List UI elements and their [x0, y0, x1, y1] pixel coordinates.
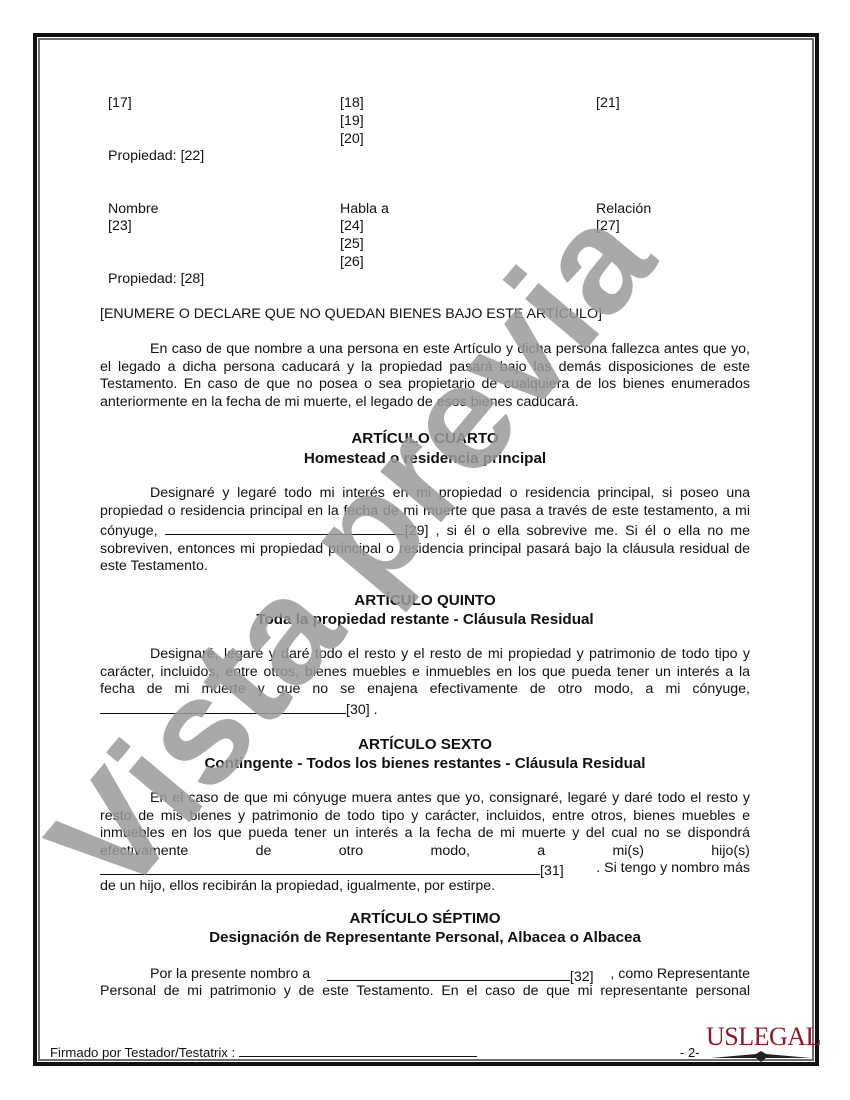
article-quinto-body: Designaré, legaré y daré todo el resto y…: [100, 646, 750, 719]
article-quinto-title: ARTÍCULO QUINTO: [100, 591, 750, 610]
article-cuarto-title: ARTÍCULO CUARTO: [100, 429, 750, 448]
field-21: [21]: [596, 95, 620, 111]
article-quinto-text-before: Designaré, legaré y daré todo el resto y…: [100, 646, 750, 697]
signature-line[interactable]: [239, 1044, 477, 1057]
field-31: [31]: [540, 863, 564, 879]
article-sexto-last-line: de un hijo, ellos recibirán la propiedad…: [100, 878, 495, 894]
header-relacion: Relación: [596, 201, 651, 217]
field-20: [20]: [340, 131, 364, 147]
spread-word: de: [256, 843, 272, 859]
eagle-wings-icon: [706, 1050, 816, 1064]
field-23: [23]: [108, 218, 132, 234]
spread-word: otro: [339, 843, 363, 859]
footer-signature: Firmado por Testador/Testatrix :: [50, 1044, 477, 1060]
article-septimo-line2: Personal de mi patrimonio y de este Test…: [100, 983, 750, 999]
field-29: [29]: [405, 523, 429, 539]
article-sexto-subtitle: Contingente - Todos los bienes restantes…: [100, 754, 750, 773]
instruction-text: [ENUMERE O DECLARE QUE NO QUEDAN BIENES …: [100, 306, 602, 322]
blank-field-31[interactable]: [100, 860, 540, 875]
lapse-paragraph: En caso de que nombre a una persona en e…: [100, 341, 750, 411]
spread-word: efectivamente: [100, 843, 188, 859]
article-sexto-spread-line: efectivamentedeotromodo,ami(s)hijo(s): [100, 843, 750, 859]
article-sexto-body: En el caso de que mi cónyuge muera antes…: [100, 790, 750, 843]
blank-field-29[interactable]: [165, 520, 405, 535]
blank-field-30[interactable]: [100, 699, 346, 714]
spread-word: hijo(s): [711, 843, 750, 859]
article-septimo-title: ARTÍCULO SÉPTIMO: [100, 909, 750, 928]
article-sexto-text-before: En el caso de que mi cónyuge muera antes…: [100, 790, 750, 841]
field-30: [30]: [346, 702, 370, 718]
header-nombre: Nombre: [108, 201, 158, 217]
article-sexto-field-line: [31] . Si tengo y nombro más: [100, 860, 750, 879]
article-sexto-text-after: . Si tengo y nombro más: [596, 860, 750, 879]
field-18: [18]: [340, 95, 364, 111]
field-26: [26]: [340, 254, 364, 270]
uslegal-logo-text: USLEGAL: [706, 1024, 821, 1050]
header-habla-a: Habla a: [340, 201, 389, 217]
field-17: [17]: [108, 95, 132, 111]
article-cuarto-subtitle: Homestead o residencia principal: [100, 449, 750, 468]
article-cuarto-body: Designaré y legaré todo mi interés en mi…: [100, 485, 750, 576]
field-25: [25]: [340, 236, 364, 252]
article-quinto-text-after: .: [374, 702, 378, 718]
signed-by-label: Firmado por Testador/Testatrix :: [50, 1045, 235, 1060]
property-28: Propiedad: [28]: [108, 271, 204, 287]
property-22: Propiedad: [22]: [108, 148, 204, 164]
article-sexto-title: ARTÍCULO SEXTO: [100, 735, 750, 754]
field-24: [24]: [340, 218, 364, 234]
page-number: - 2-: [680, 1045, 700, 1060]
field-27: [27]: [596, 218, 620, 234]
article-septimo-subtitle: Designación de Representante Personal, A…: [100, 928, 750, 947]
lapse-paragraph-text: En caso de que nombre a una persona en e…: [100, 341, 750, 410]
article-quinto-subtitle: Toda la propiedad restante - Cláusula Re…: [100, 610, 750, 629]
spread-word: a: [537, 843, 545, 859]
blank-field-32[interactable]: [327, 966, 570, 981]
spread-word: mi(s): [612, 843, 644, 859]
uslegal-logo: USLEGAL: [706, 1024, 821, 1066]
field-19: [19]: [340, 113, 364, 129]
spread-word: modo,: [431, 843, 470, 859]
